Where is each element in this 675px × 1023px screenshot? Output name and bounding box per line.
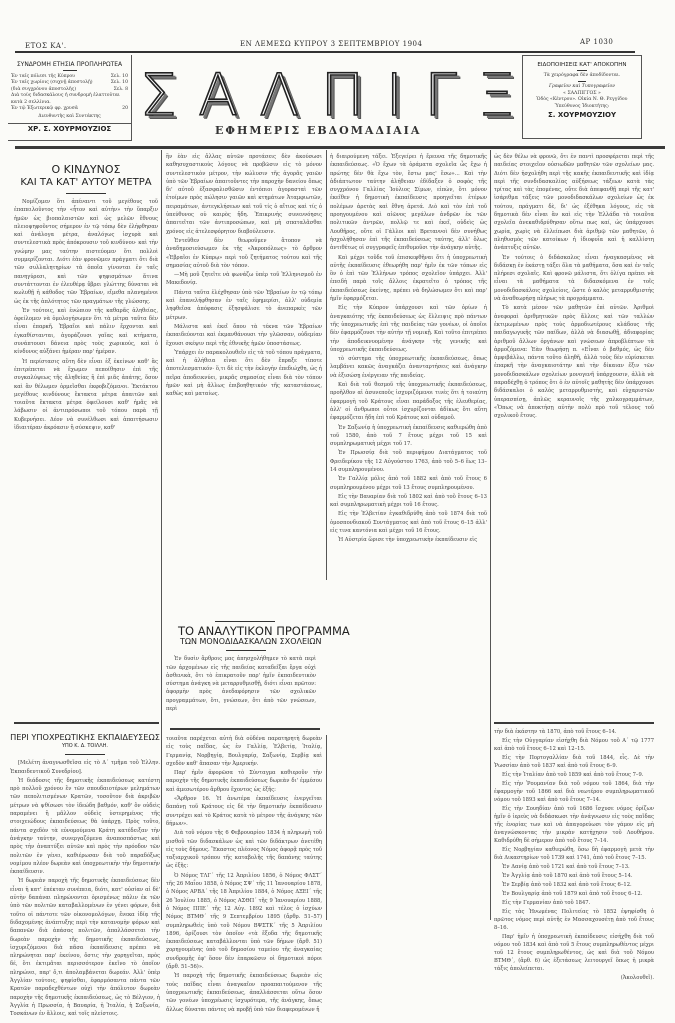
article-title: Ο ΚΙΝΔΥΝΟΣ xyxy=(14,163,158,176)
title-letter: Α xyxy=(198,64,238,126)
paragraph: Τὸ κατὰ μέσον τῶν μαθητῶν ἐπὶ αὐτῶν. Ἀρι… xyxy=(494,304,654,420)
article-separator xyxy=(215,621,275,622)
paragraph: Ἡ δωρεὰν παροχὴ τῆς δημοτικῆς ἐκπαιδεύσε… xyxy=(10,877,160,1018)
notices-line: Τὰ χειρόγραφα δὲν ἀποδίδονται. xyxy=(523,73,641,79)
title-letter: Π xyxy=(321,64,365,126)
title-letter: Λ xyxy=(259,64,299,126)
paragraph: Παρ' ἡμῖν ἡ ὑποχρεωτικὴ ἐκπαίδευσις εἰσή… xyxy=(494,933,654,973)
paragraph: Ἐν δυσὶν ἄρθροις μας ἀπησχολήθημεν τὸ κα… xyxy=(166,655,316,713)
paragraph: Ἡ περίστασις αὕτη δὲν εἶναι ἐξ ἐκείνων κ… xyxy=(14,358,158,433)
notices-heading: ΕΙΔΟΠΟΙΗΣΕΙΣ ΚΑΤ' ΑΠΟΚΟΠΗΝ xyxy=(523,62,641,68)
paragraph: Διὰ τοῦ νόμου τῆς 6 Φεβρουαρίου 1834 ἡ π… xyxy=(166,829,322,870)
article-middle-right-column: ἡ διαιρούμενη τάξει. Ἐξεγείρει ἡ ἔρευνα … xyxy=(330,153,487,1018)
paragraph: Εἰς τὴν Βαυαρίαν διὰ τοῦ 1802 καὶ ἀπὸ το… xyxy=(330,493,487,510)
paragraph: Παρ' ἡμῖν ἀφορῶσα τὸ Σύνταγμα καθιεροῦν … xyxy=(166,769,322,794)
paragraph: Εἰς τὰς Ἡνωμένας Πολιτείας τὸ 1852 ἐψηφί… xyxy=(494,908,654,932)
paragraph: Ὑπάρχει ἐν παρακολουθεῖν εἰς τὰ τοῦ τόπο… xyxy=(166,349,322,399)
title-letter: Σ xyxy=(140,64,177,126)
article-danger-continued: ἣν ἐὰν εἰς ἄλλας αὐτῶν προτάσεις δὲν ἀκο… xyxy=(166,153,322,588)
title-letter: Ξ xyxy=(478,64,515,126)
article-note: [Μελέτη ἀναγνωσθεῖσα εἰς τὸ Δ΄ τμῆμα τοῦ… xyxy=(10,759,160,776)
article-subtitle: ΚΑΙ ΤΑ ΚΑΤ' ΑΥΤΟΥ ΜΕΤΡΑ xyxy=(14,176,158,189)
paragraph: Καὶ διὰ τοῦ θεσμοῦ τῆς ὑποχρεωτικῆς ἐκπα… xyxy=(330,381,487,422)
subscription-heading: ΣΥΝΔΡΟΜΗ ΕΤΗΣΙΑ ΠΡΟΠΛΗΡΩΤΕΑ xyxy=(8,61,131,68)
paragraph: Ἡ Αὐστρία ὥρισε τὴν ὑποχρεωτικὴν ἐκπαίδε… xyxy=(330,536,487,544)
article-separator xyxy=(494,722,654,724)
article-separator xyxy=(14,722,159,724)
subscription-box: ΣΥΝΔΡΟΜΗ ΕΤΗΣΙΑ ΠΡΟΠΛΗΡΩΤΕΑ Ἐν ταῖς πόλε… xyxy=(8,55,132,141)
paragraph: Ἡ παροχὴ τῆς δημοτικῆς ἐκπαιδεύσεως δωρε… xyxy=(166,972,322,1013)
paragraph: Εἰς τὴν Οὐγγαρίαν εἰσήχθη διὰ Νόμου τοῦ … xyxy=(494,737,654,753)
title-letter: Ι xyxy=(386,64,403,126)
notices-box: ΕΙΔΟΠΟΙΗΣΕΙΣ ΚΑΤ' ΑΠΟΚΟΠΗΝ Τὰ χειρόγραφα… xyxy=(522,55,642,139)
paragraph: Μάλιστα καὶ ἐκεῖ ὅπου τὰ τέκνα τῶν Ἑβραί… xyxy=(166,323,322,348)
column-divider xyxy=(490,150,491,920)
paragraph: Εἰς τὴν Γερμανίαν ἀπὸ τοῦ 1847. xyxy=(494,899,654,907)
paragraph: Εἰς Νορβηγίαν καθιερώθη, ὅσω δὴ ἐφαρμογὴ… xyxy=(494,846,654,862)
article-title: ΠΕΡΙ ΥΠΟΧΡΕΩΤΙΚΗΣ ΕΚΠΑΙΔΕΥΣΕΩΣ xyxy=(10,732,160,742)
paragraph: Ἐν Δανίᾳ ἀπὸ τοῦ 1721 καὶ ἀπὸ τοῦ ἔτους … xyxy=(494,863,654,871)
paragraph: Καὶ μέχρι τοῦδε τοῦ ἐπισκεφθῆναι ὅτι ἡ ὑ… xyxy=(330,254,487,304)
paragraph: Ἐν Ἀγγλίᾳ ἀπὸ τοῦ 1870 καὶ ἀπὸ τοῦ ἔτους… xyxy=(494,872,654,880)
article-right-column-bottom: τὴν διὰ ἑκάστην τὰ 1870, ἀπὸ τοῦ ἔτους 6… xyxy=(494,728,654,1018)
article-danger: Ο ΚΙΝΔΥΝΟΣ ΚΑΙ ΤΑ ΚΑΤ' ΑΥΤΟΥ ΜΕΤΡΑ Νομίζ… xyxy=(14,155,158,615)
column-divider xyxy=(326,735,327,920)
paragraph: Ἐν Βουλγαρίᾳ ἀπὸ τοῦ 1879 καὶ ἀπὸ τοῦ ἔτ… xyxy=(494,890,654,898)
paragraph: —Μὴ μοῦ ζητεῖτε νὰ φωνάζω ὑπὲρ τοῦ Ἑλλην… xyxy=(166,271,322,288)
issue-number: ΑΡ 1030 xyxy=(580,38,613,46)
paragraph: ἡ διαιρούμενη τάξει. Ἐξεγείρει ἡ ἔρευνα … xyxy=(330,153,487,253)
article-byline: ΥΠΟ Κ. Δ. ΤΟΙΛΛΗ. xyxy=(10,742,160,750)
article-compulsory-education: ΠΕΡΙ ΥΠΟΧΡΕΩΤΙΚΗΣ ΕΚΠΑΙΔΕΥΣΕΩΣ ΥΠΟ Κ. Δ.… xyxy=(10,728,160,1018)
paragraph: τὴν διὰ ἑκάστην τὰ 1870, ἀπὸ τοῦ ἔτους 6… xyxy=(494,728,654,736)
dateline: ΕΝ ΛΕΜΕΣΩ ΚΥΠΡΟΥ 3 ΣΕΠΤΕΜΒΡΙΟΥ 1904 xyxy=(240,40,422,48)
subscription-row: Διὰ τοὺς διδασκάλους ἡ συνδρομὴ ἐλαττοῦτ… xyxy=(11,93,128,106)
paragraph: Ὁ Νόμος ΤΛΓ΄ τῆς 12 Ἀπριλίου 1856, ὁ Νόμ… xyxy=(166,872,322,972)
paragraph: Ἐντεῦθεν δὲν θεωροῦμεν ἄτοπον νὰ ἀναδημο… xyxy=(166,237,322,270)
paragraph: Ἐν τούτοις, καὶ ἐνώπιον τῆς καθαρᾶς ἀληθ… xyxy=(14,307,158,357)
divider xyxy=(63,70,77,71)
paragraph: Ἡ διάδοσις τῆς δημοτικῆς ἐκπαιδεύσεως κα… xyxy=(10,777,160,877)
editor-name: ΧΡ. Σ. ΧΟΥΡΜΟΥΖΙΟΣ xyxy=(8,123,131,133)
editor-label: Διευθυντὴς καὶ Συντάκτης xyxy=(11,114,128,120)
paragraph: Εἰς τὴν Κύπρον ὑπάρχουσι καὶ τῶν ὁρίων ἡ… xyxy=(330,304,487,354)
paragraph: Εἰς τὴν Σουηδίαν ἀπὸ τοῦ 1686 ἴσχυσε νόμ… xyxy=(494,805,654,845)
paragraph: Εἰς τὴν Πορτογαλλίαν διὰ τοῦ 1844, εἶς. … xyxy=(494,754,654,770)
subscription-rows: Ἐν ταῖς πόλεσι τῆς ΚύπρουΣελ. 10 Ἐν ταῖς… xyxy=(8,74,131,121)
notices-line: Ὁδὸς «Κέντρου». Οἰκία Ν. Θ. Ρεγγίδου xyxy=(523,97,641,103)
paragraph: Ἐν τούτοις ὁ διδάσκαλος εἶναι ἠναγκασμέν… xyxy=(494,254,654,304)
paragraph: τὸ σύστημα τῆς ὑποχρεωτικῆς ἐκπαιδεύσεως… xyxy=(330,355,487,380)
paragraph: «Ἄρθρον 16. Ἡ ἀνωτέρα ἐκπαίδευσις ἐνεργε… xyxy=(166,795,322,828)
paragraph: Ἐν Γαλλίᾳ μόλις ἀπὸ τοῦ 1882 καὶ ἀπὸ τοῦ… xyxy=(330,475,487,492)
paragraph: Εἰς τὴν Ἑλβετίαν ἐγκαθιδρύθη ἀπὸ τοῦ 187… xyxy=(330,510,487,535)
newspaper-title: Σ Α Λ Π Ι Γ Ξ xyxy=(140,64,515,126)
paragraph: Ἐν Σαξωνίᾳ ἡ ὑποχρεωτικὴ ἐκπαίδευσις καθ… xyxy=(330,424,487,449)
article-right-column: ὡς δὲν θέλω νὰ φρονῶ, ὅτι ἐν παντὶ προσφ… xyxy=(494,153,654,718)
signoff: (Ἀκολουθεῖ). xyxy=(494,974,654,982)
article-middle-column: τοιαῦτα παρέχεται αὐτὴ διὰ οὐδένα παρατη… xyxy=(166,735,322,1015)
masthead-top-rule xyxy=(15,51,635,53)
divider xyxy=(577,70,587,71)
article-separator xyxy=(170,728,320,730)
title-letter: Γ xyxy=(424,64,456,126)
divider xyxy=(578,81,586,82)
paragraph: ὡς δὲν θέλω νὰ φρονῶ, ὅτι ἐν παντὶ προσφ… xyxy=(494,153,654,253)
paragraph: Νομίζομεν ὅτι ἀπέναντι τοῦ μεγέθους τοῦ … xyxy=(14,198,158,306)
paragraph: Πάντα ταῦτα ἐλέχθησαν ὑπὸ τῶν Ἑβραίων ἐν… xyxy=(166,289,322,322)
column-divider xyxy=(161,150,162,920)
masthead-bottom-rule xyxy=(15,146,665,149)
paragraph: ἣν ἐὰν εἰς ἄλλας αὐτῶν προτάσεις δὲν ἀκο… xyxy=(166,153,322,236)
notices-line: Ὑπεύθυνος Ἰδιοκτήτης: xyxy=(523,104,641,110)
paragraph: τοιαῦτα παρέχεται αὐτὴ διὰ οὐδένα παρατη… xyxy=(166,735,322,768)
column-divider xyxy=(326,150,327,580)
divider xyxy=(65,754,105,755)
subscription-row: Ἐν τῷ Ἐξωτερικῷ φρ. χρυσᾶ20 xyxy=(11,106,128,112)
paragraph: Ἐν Σερβίᾳ ἀπὸ τοῦ 1832 καὶ ἀπὸ τοῦ ἔτους… xyxy=(494,881,654,889)
paragraph: Εἰς τὴν Ῥουμανίαν διὰ τοῦ νόμου τοῦ 1864… xyxy=(494,780,654,804)
newspaper-subtitle: ΕΦΗΜΕΡΙΣ ΕΒΔΟΜΑΔΙΑΙΑ xyxy=(215,124,421,137)
divider xyxy=(226,650,266,651)
owner-name: Σ. ΧΟΥΡΜΟΥΖΙΟΥ xyxy=(523,111,641,119)
paragraph: Εἰς τὴν Ἰταλίαν ἀπὸ τοῦ 1859 καὶ ἀπὸ τοῦ… xyxy=(494,771,654,779)
paragraph: Ἐν Πρωσσίᾳ διὰ τοῦ περιφήμου Διατάγματος… xyxy=(330,449,487,474)
year-label: ΕΤΟΣ ΚΑ'. xyxy=(25,42,67,50)
divider xyxy=(66,193,106,194)
